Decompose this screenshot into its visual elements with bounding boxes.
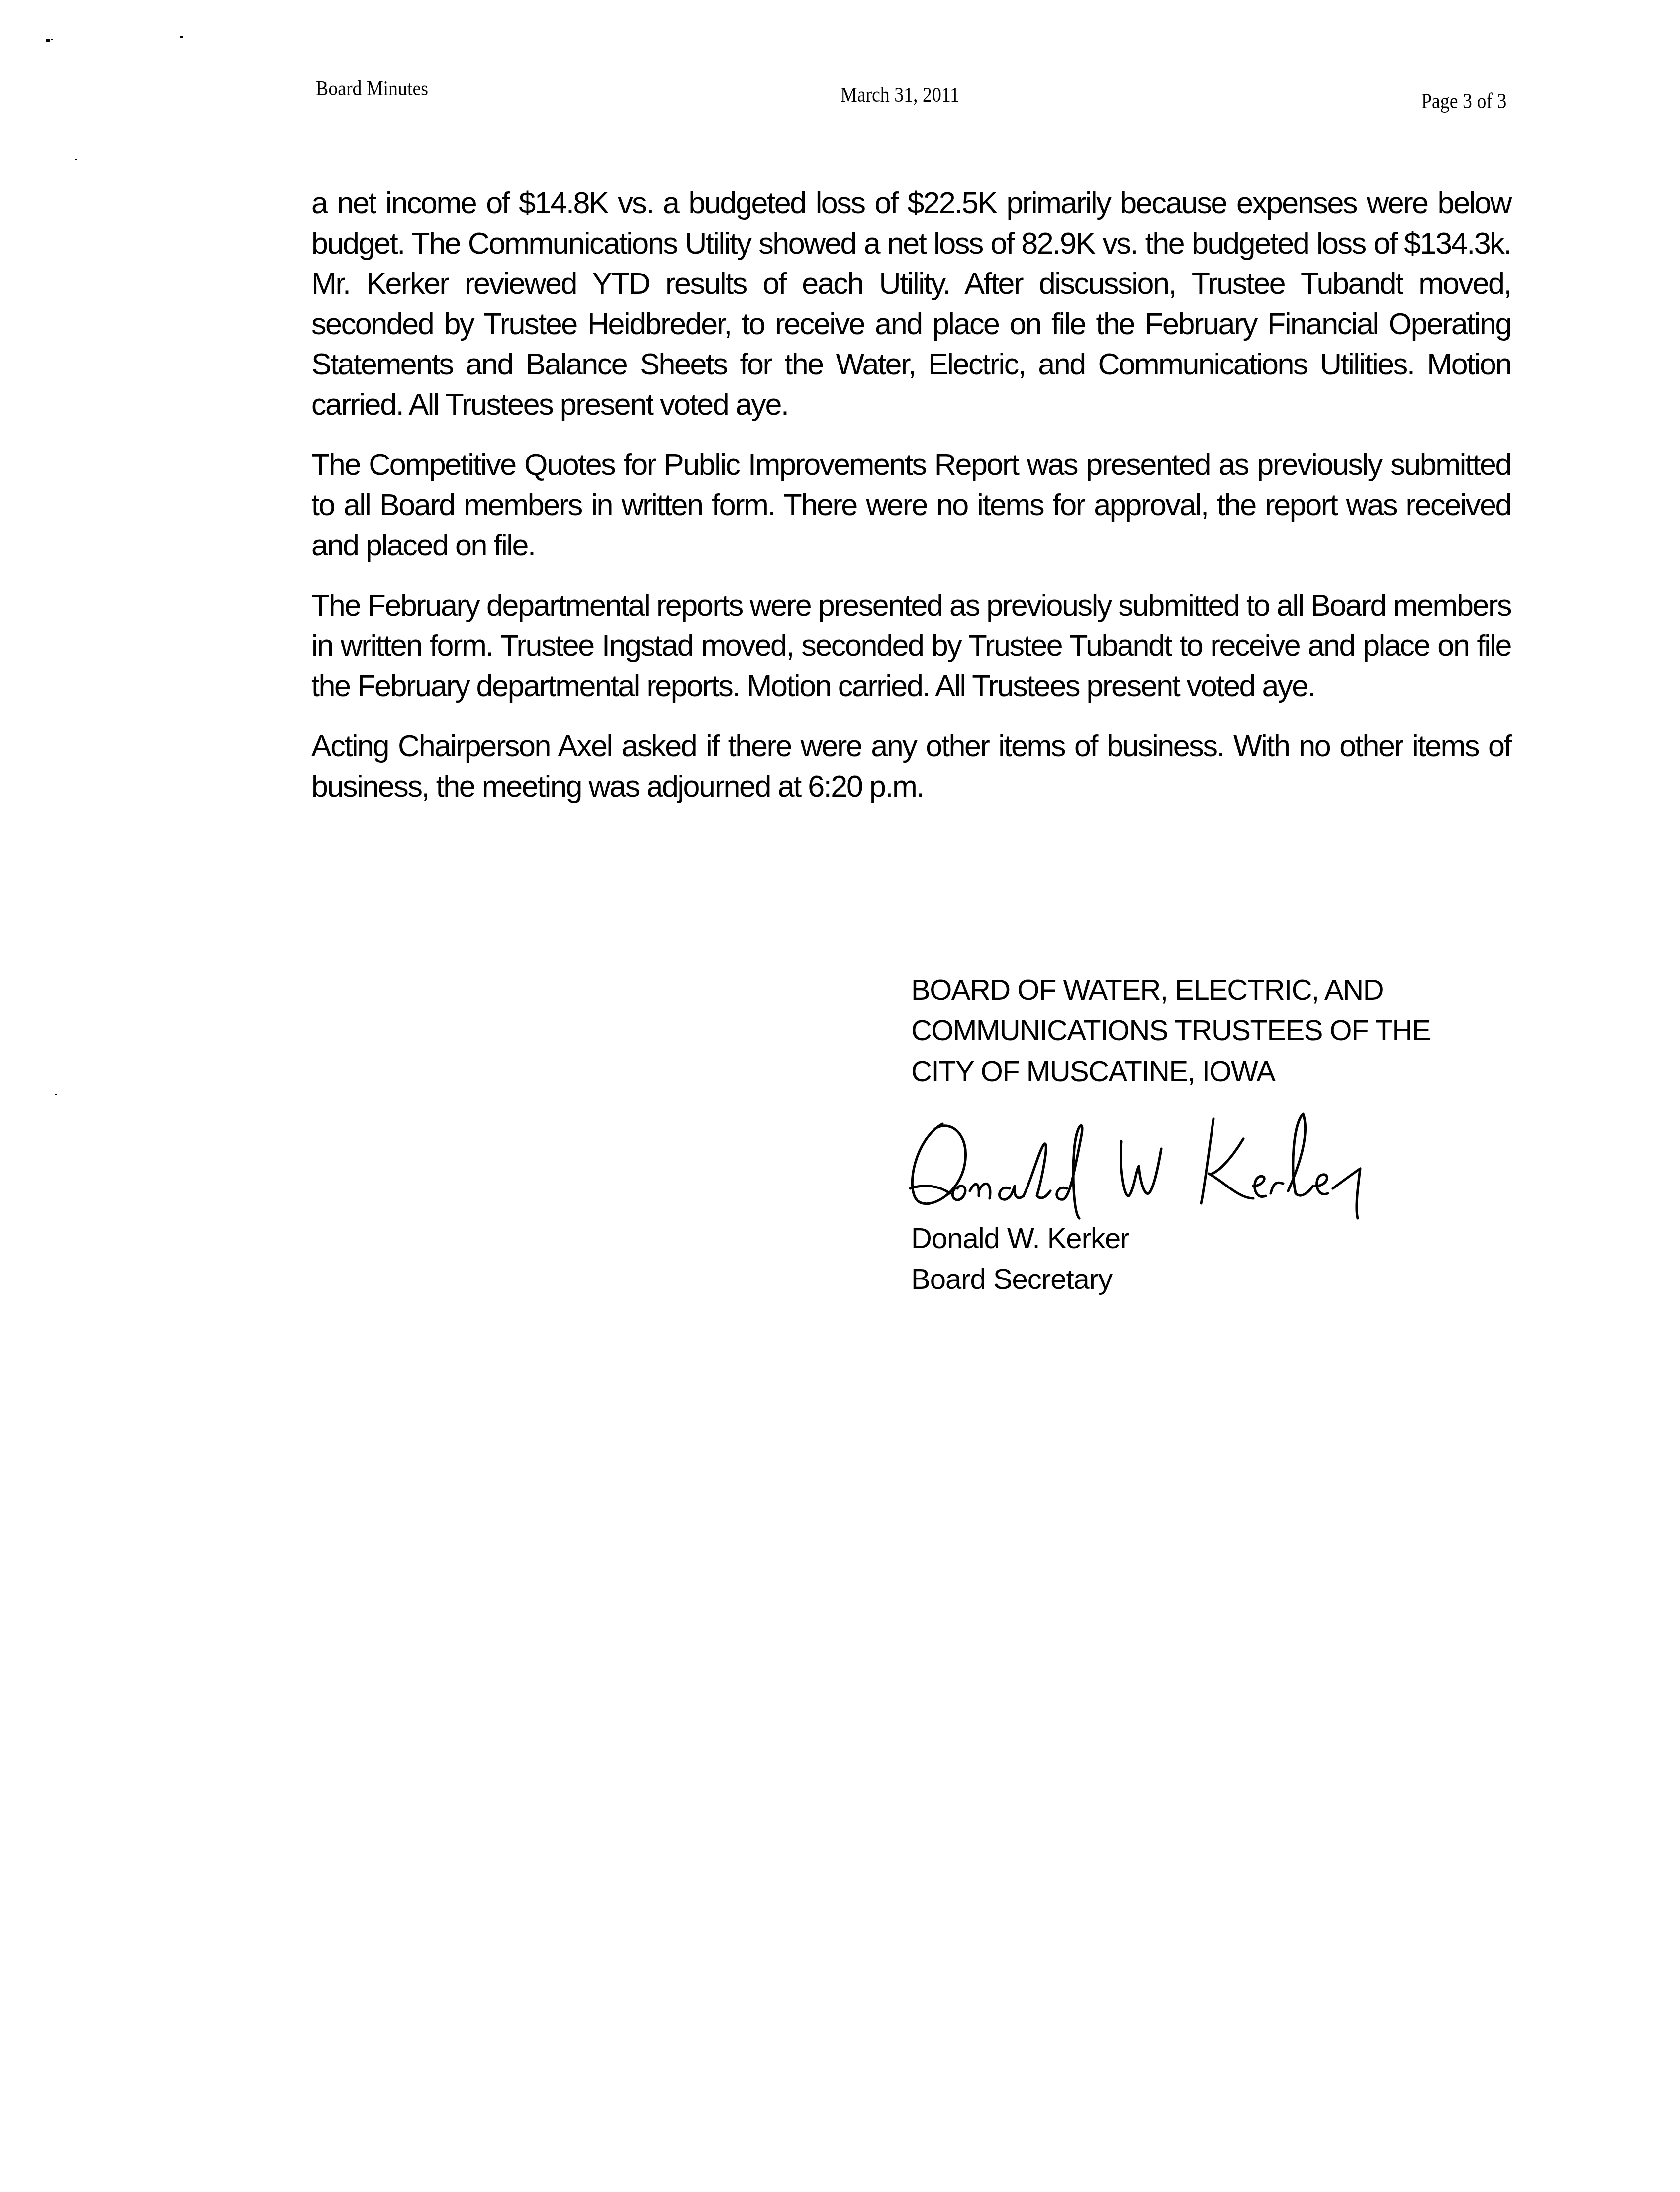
organization-block: BOARD OF WATER, ELECTRIC, AND COMMUNICAT…: [911, 970, 1430, 1092]
paragraph-financial-results: a net income of $14.8K vs. a budgeted lo…: [311, 183, 1511, 425]
organization-line: BOARD OF WATER, ELECTRIC, AND: [911, 970, 1430, 1010]
organization-line: CITY OF MUSCATINE, IOWA: [911, 1051, 1430, 1092]
header-document-title: Board Minutes: [316, 76, 428, 101]
scan-speck: [46, 39, 50, 42]
header-page-number: Page 3 of 3: [1421, 89, 1506, 114]
scan-speck: [55, 1094, 57, 1095]
paragraph-competitive-quotes: The Competitive Quotes for Public Improv…: [311, 445, 1511, 565]
paragraph-adjournment: Acting Chairperson Axel asked if there w…: [311, 726, 1511, 807]
scan-speck: [180, 36, 183, 38]
header-date: March 31, 2011: [840, 82, 959, 107]
organization-line: COMMUNICATIONS TRUSTEES OF THE: [911, 1010, 1430, 1051]
paragraph-departmental-reports: The February departmental reports were p…: [311, 585, 1511, 706]
signer-title: Board Secretary: [911, 1259, 1129, 1300]
signer-name: Donald W. Kerker: [911, 1218, 1129, 1259]
signer-block: Donald W. Kerker Board Secretary: [911, 1218, 1129, 1300]
scan-speck: [51, 39, 53, 40]
minutes-body: a net income of $14.8K vs. a budgeted lo…: [311, 183, 1511, 826]
scan-speck: [75, 159, 77, 160]
signature-icon: [895, 1094, 1417, 1223]
